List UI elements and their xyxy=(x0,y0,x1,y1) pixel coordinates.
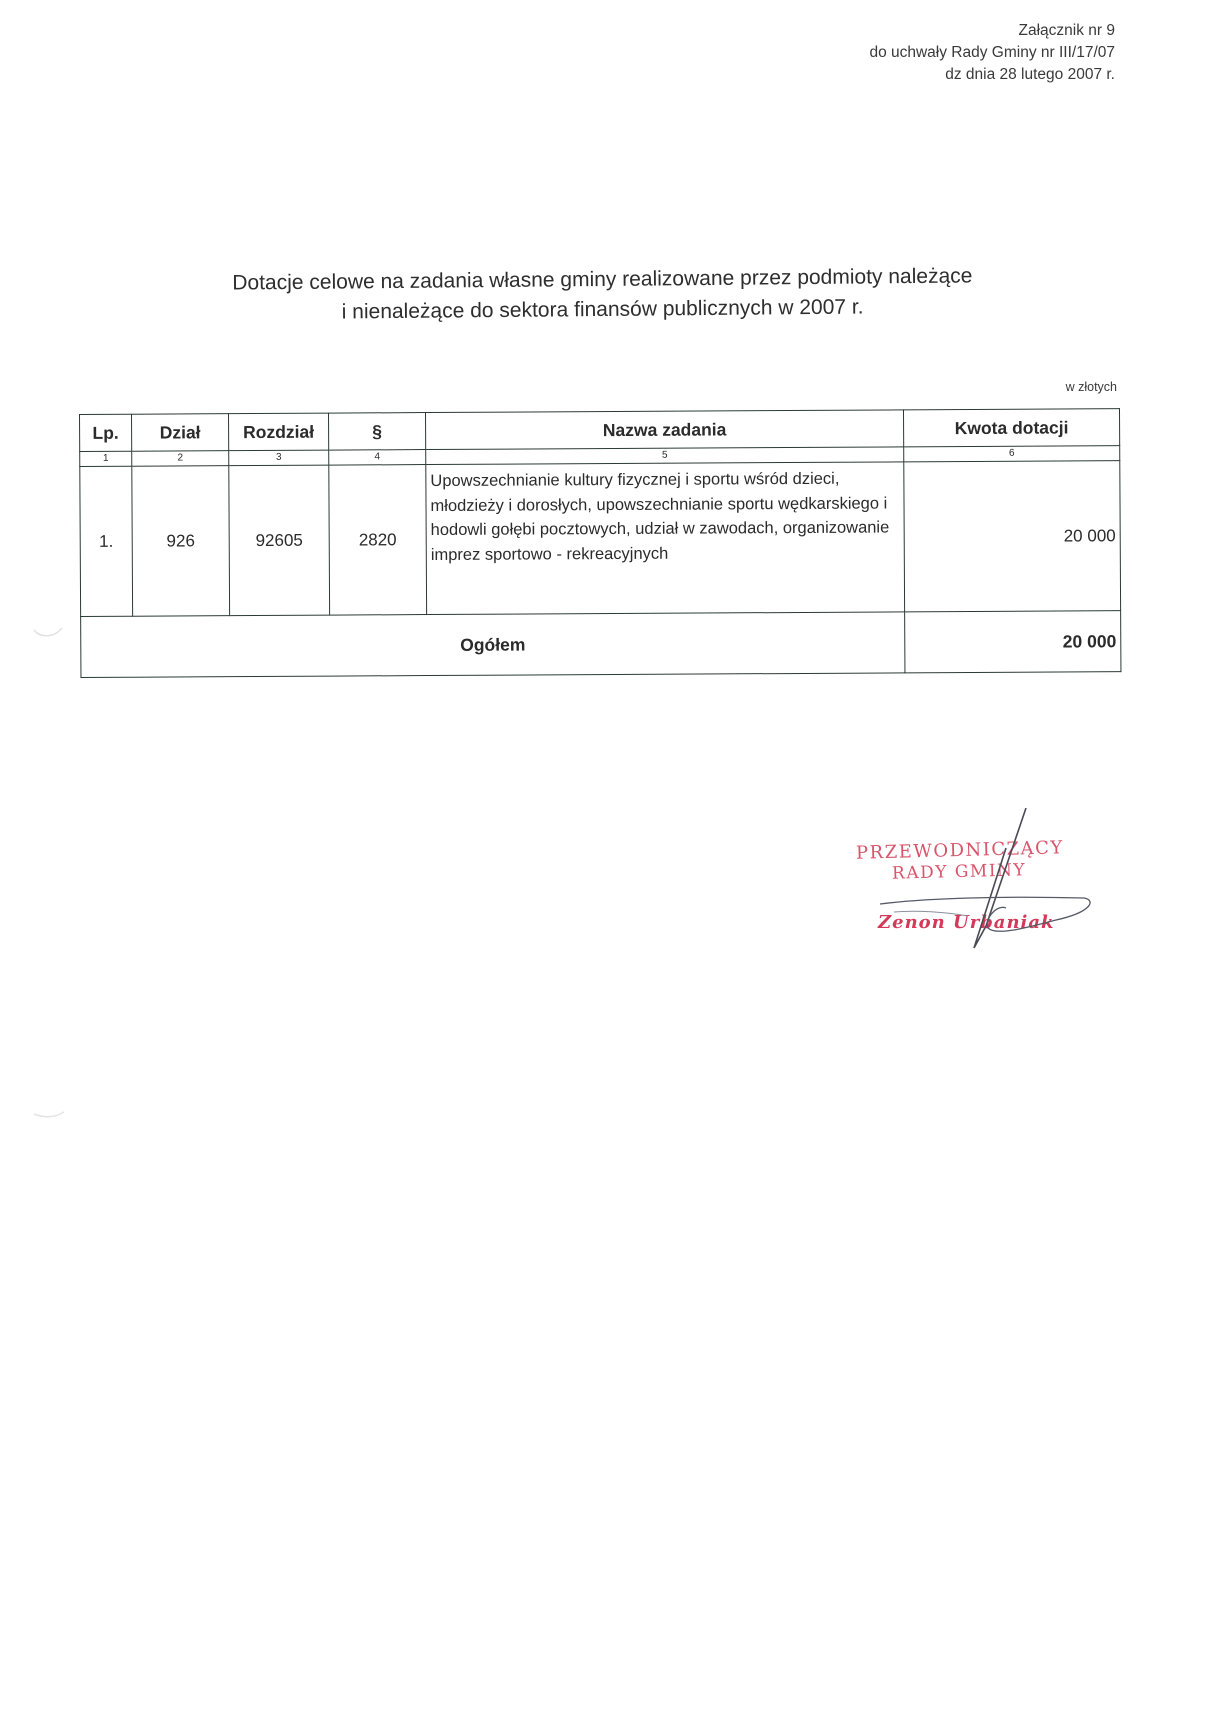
column-number: 4 xyxy=(329,450,426,466)
currency-unit-label: w złotych xyxy=(1066,380,1117,394)
column-number: 1 xyxy=(80,451,132,466)
attachment-header: Załącznik nr 9 do uchwały Rady Gminy nr … xyxy=(869,20,1115,86)
handwritten-signature-icon xyxy=(856,808,1116,958)
scan-artifact-icon xyxy=(30,622,70,642)
column-header-rozdzial: Rozdział xyxy=(229,413,329,451)
total-label: Ogółem xyxy=(81,612,905,678)
chairman-stamp: PRZEWODNICZĄCY RADY GMINY Zenon Urbaniak xyxy=(856,832,1116,952)
cell-rozdzial: 92605 xyxy=(229,465,330,616)
column-header-lp: Lp. xyxy=(80,414,132,451)
total-row: Ogółem 20 000 xyxy=(81,611,1121,678)
cell-dzial: 926 xyxy=(132,466,230,617)
column-header-kwota-dotacji: Kwota dotacji xyxy=(903,409,1119,447)
column-number: 2 xyxy=(132,451,229,467)
cell-lp: 1. xyxy=(80,466,133,616)
attachment-number: Załącznik nr 9 xyxy=(869,20,1115,42)
cell-kwota-dotacji: 20 000 xyxy=(904,461,1121,612)
resolution-reference: do uchwały Rady Gminy nr III/17/07 xyxy=(869,42,1115,64)
grants-table: Lp. Dział Rozdział § Nazwa zadania Kwota… xyxy=(79,408,1121,678)
table-header-row: Lp. Dział Rozdział § Nazwa zadania Kwota… xyxy=(80,409,1120,452)
scan-artifact-icon xyxy=(30,1104,70,1124)
table-row: 1. 926 92605 2820 Upowszechnianie kultur… xyxy=(80,461,1121,617)
total-amount: 20 000 xyxy=(905,611,1121,673)
column-number: 6 xyxy=(904,446,1120,462)
cell-paragraf: 2820 xyxy=(329,465,427,616)
column-header-nazwa-zadania: Nazwa zadania xyxy=(425,410,903,450)
grants-table-container: Lp. Dział Rozdział § Nazwa zadania Kwota… xyxy=(79,408,1120,678)
column-number: 3 xyxy=(229,450,329,466)
column-header-paragraf: § xyxy=(328,413,425,451)
resolution-date: dz dnia 28 lutego 2007 r. xyxy=(869,64,1115,86)
document-title: Dotacje celowe na zadania własne gminy r… xyxy=(0,259,1205,331)
column-header-dzial: Dział xyxy=(132,414,229,452)
cell-nazwa-zadania: Upowszechnianie kultury fizycznej i spor… xyxy=(426,462,905,615)
